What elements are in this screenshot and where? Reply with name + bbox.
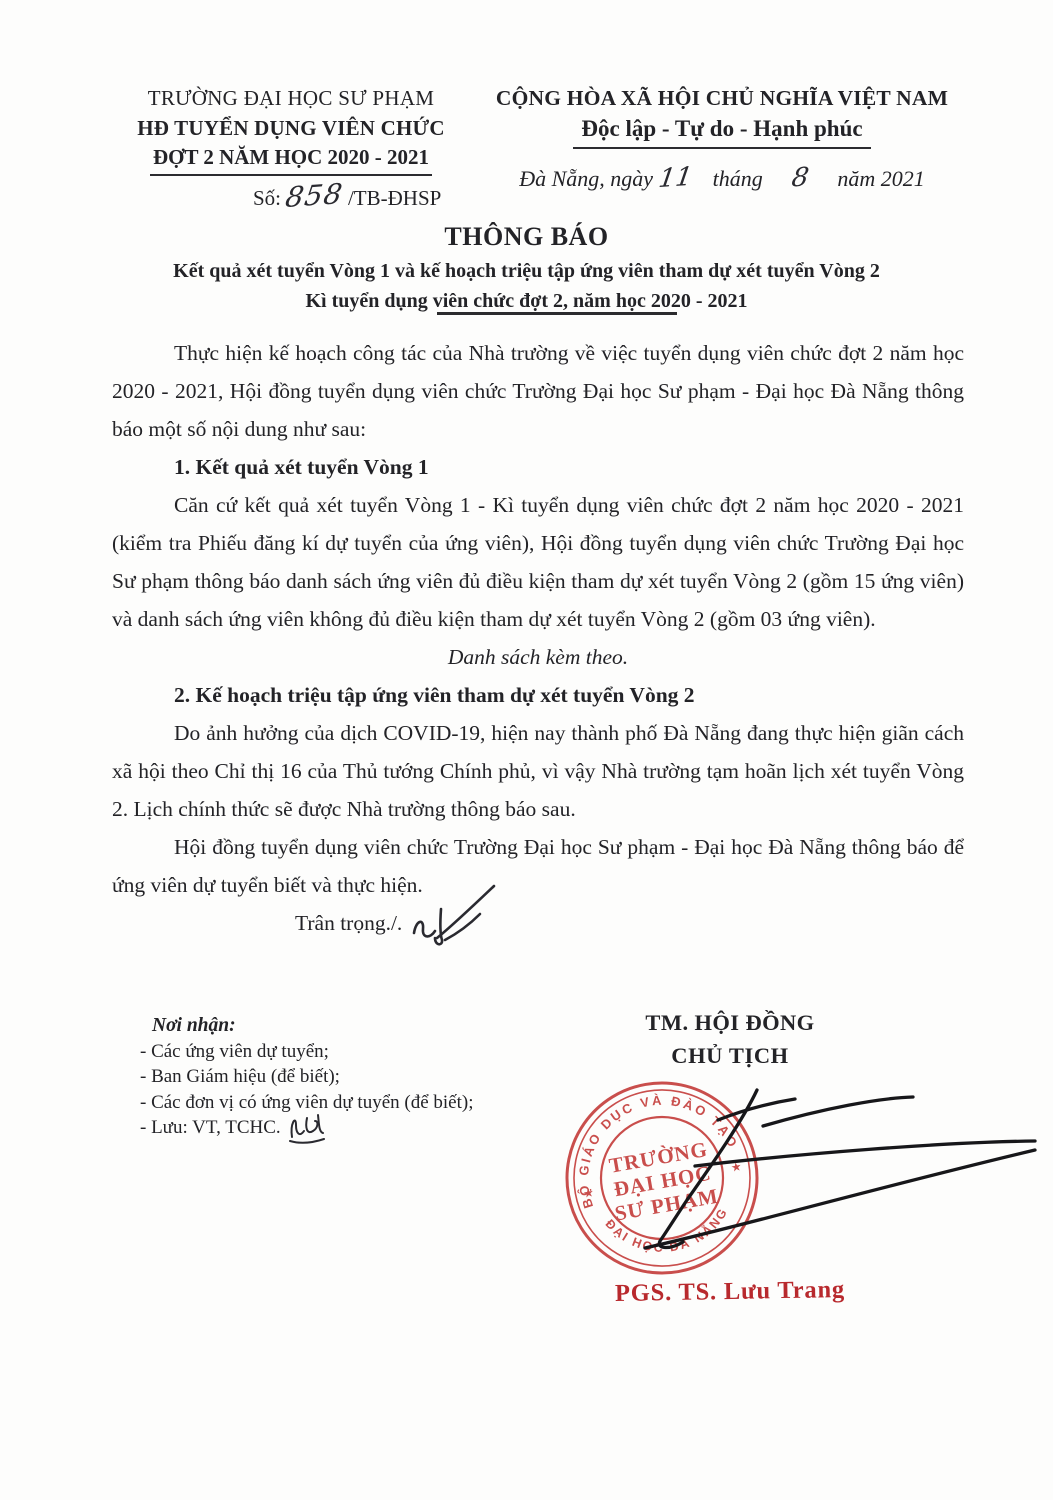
motto-text: Độc lập - Tự do - Hạnh phúc bbox=[573, 116, 870, 149]
handwritten-month: 8 bbox=[790, 164, 810, 191]
recipients-block: Nơi nhận: - Các ứng viên dự tuyển; - Ban… bbox=[140, 1013, 540, 1141]
date-line: Đà Nẵng, ngày 11 tháng 8 năm 2021 bbox=[468, 165, 976, 192]
date-prefix: Đà Nẵng, ngày bbox=[519, 166, 653, 191]
university-name: TRƯỜNG ĐẠI HỌC SƯ PHẠM bbox=[95, 86, 487, 111]
recipients-label: Nơi nhận: bbox=[140, 1013, 540, 1039]
paragraph-2: Căn cứ kết quả xét tuyển Vòng 1 - Kì tuy… bbox=[112, 486, 964, 638]
clerk-initial-mark-icon bbox=[285, 1110, 331, 1146]
batch-text: ĐỢT 2 NĂM HỌC 2020 - 2021 bbox=[150, 145, 432, 176]
paragraph-4: Hội đồng tuyển dụng viên chức Trường Đại… bbox=[112, 828, 964, 904]
recipient-item-text: - Lưu: VT, TCHC. bbox=[140, 1117, 281, 1138]
national-header-block: CỘNG HÒA XÃ HỘI CHỦ NGHĨA VIỆT NAM Độc l… bbox=[468, 86, 976, 192]
number-suffix: /TB-ĐHSP bbox=[348, 186, 441, 210]
recipient-item-last: - Lưu: VT, TCHC. bbox=[140, 1115, 540, 1141]
national-title: CỘNG HÒA XÃ HỘI CHỦ NGHĨA VIỆT NAM bbox=[468, 86, 976, 111]
document-subtitle-1: Kết quả xét tuyển Vòng 1 và kế hoạch tri… bbox=[0, 260, 1053, 283]
number-label: Số: bbox=[253, 186, 281, 210]
handwritten-day: 11 bbox=[657, 164, 694, 192]
batch-line: ĐỢT 2 NĂM HỌC 2020 - 2021 bbox=[95, 145, 487, 176]
document-body: Thực hiện kế hoạch công tác của Nhà trườ… bbox=[112, 334, 964, 942]
paragraph-1: Thực hiện kế hoạch công tác của Nhà trườ… bbox=[112, 334, 964, 448]
paragraph-3: Do ảnh hưởng của dịch COVID-19, hiện nay… bbox=[112, 714, 964, 828]
title-divider bbox=[437, 312, 677, 315]
recipient-item: - Các đơn vị có ứng viên dự tuyển (để bi… bbox=[140, 1090, 540, 1116]
on-behalf-line: TM. HỘI ĐỒNG bbox=[563, 1010, 897, 1036]
signing-authority-block: TM. HỘI ĐỒNG CHỦ TỊCH bbox=[563, 1010, 897, 1069]
handwritten-number: 858 bbox=[284, 180, 345, 212]
signer-name: PGS. TS. Lưu Trang bbox=[558, 1275, 902, 1309]
document-subtitle-2: Kì tuyển dụng viên chức đợt 2, năm học 2… bbox=[0, 290, 1053, 313]
section-heading-2: 2. Kế hoạch triệu tập ứng viên tham dự x… bbox=[112, 676, 964, 714]
attachment-note: Danh sách kèm theo. bbox=[112, 638, 964, 676]
signature-scrawl bbox=[615, 1078, 1053, 1263]
document-number-line: Số: 858 /TB-ĐHSP bbox=[95, 182, 487, 211]
date-suffix: năm 2021 bbox=[837, 166, 924, 191]
recipient-item: - Ban Giám hiệu (để biết); bbox=[140, 1064, 540, 1090]
stamp-star-left-icon: ★ bbox=[582, 1185, 595, 1201]
recipient-item: - Các ứng viên dự tuyển; bbox=[140, 1039, 540, 1065]
issuing-org-block: TRƯỜNG ĐẠI HỌC SƯ PHẠM HĐ TUYỂN DỤNG VIÊ… bbox=[95, 86, 487, 211]
section-heading-1: 1. Kết quả xét tuyển Vòng 1 bbox=[112, 448, 964, 486]
council-name: HĐ TUYỂN DỤNG VIÊN CHỨC bbox=[95, 116, 487, 141]
motto-line: Độc lập - Tự do - Hạnh phúc bbox=[468, 116, 976, 149]
title-block: THÔNG BÁO Kết quả xét tuyển Vòng 1 và kế… bbox=[0, 222, 1053, 313]
closing-text: Trân trọng./. bbox=[295, 911, 402, 935]
closing-line: Trân trọng./. bbox=[112, 904, 964, 942]
document-title: THÔNG BÁO bbox=[0, 222, 1053, 252]
scanned-document-page: TRƯỜNG ĐẠI HỌC SƯ PHẠM HĐ TUYỂN DỤNG VIÊ… bbox=[0, 0, 1053, 1500]
handwritten-initial-mark-icon bbox=[408, 881, 500, 947]
date-mid: tháng bbox=[713, 166, 763, 191]
